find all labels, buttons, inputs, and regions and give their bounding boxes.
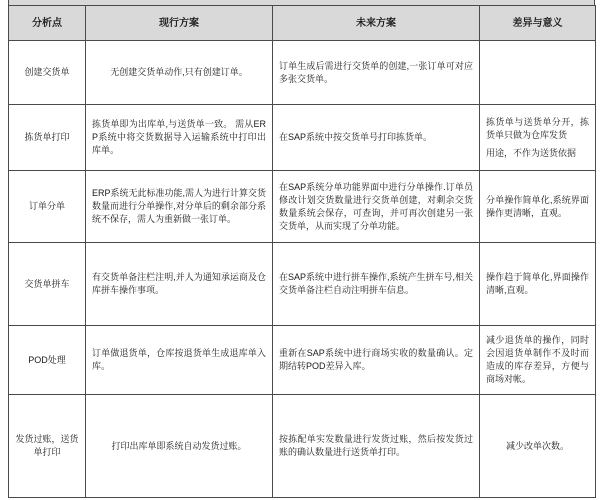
table-cell: 打印出库单即系统自动发货过账。 bbox=[86, 395, 273, 498]
table-row: 发货过账，送货单打印打印出库单即系统自动发货过账。按拣配单实发数量进行发货过账，… bbox=[9, 395, 596, 498]
cell-paragraph: 订单做退货单，仓库按退货单生成退库单入库。 bbox=[92, 347, 266, 373]
table-cell: 拣货单与送货单分开，拣货单只做为仓库发货用途，不作为送货依据 bbox=[480, 105, 596, 171]
cell-paragraph: 在SAP系统中按交货单号打印拣货单。 bbox=[279, 131, 473, 144]
cell-paragraph: 无创建交货单动作,只有创建订单。 bbox=[92, 66, 266, 79]
analysis-point-cell: 拣货单打印 bbox=[9, 105, 86, 171]
cell-paragraph: 打印出库单即系统自动发货过账。 bbox=[92, 440, 266, 453]
table-cell: ERP系统无此标准功能,需人为进行计算交货数量而进行分单操作,对分单后的剩余部分… bbox=[86, 171, 273, 243]
cell-paragraph: 用途，不作为送货依据 bbox=[486, 147, 589, 160]
table-row: 创建交货单无创建交货单动作,只有创建订单。订单生成后需进行交货单的创建,一张订单… bbox=[9, 41, 596, 105]
cell-paragraph: 分单操作简单化,系统界面操作更清晰，直观。 bbox=[486, 194, 589, 220]
table-cell: 分单操作简单化,系统界面操作更清晰，直观。 bbox=[480, 171, 596, 243]
table-row: 拣货单打印拣货单即为出库单,与送货单一致。 需从ERP系统中将交货数据导入运输系… bbox=[9, 105, 596, 171]
table-cell: 减少改单次数。 bbox=[480, 395, 596, 498]
analysis-table-container: 分析点 现行方案 未来方案 差异与意义 创建交货单无创建交货单动作,只有创建订单… bbox=[8, 0, 595, 498]
header-future-plan: 未来方案 bbox=[273, 6, 480, 41]
cell-paragraph: 按拣配单实发数量进行发货过账，然后按发货过账的确认数量进行送货单打印。 bbox=[279, 433, 473, 459]
table-header-row: 分析点 现行方案 未来方案 差异与意义 bbox=[9, 6, 596, 41]
cell-paragraph: 拣货单打印 bbox=[15, 131, 79, 144]
analysis-point-cell: 交货单拼车 bbox=[9, 243, 86, 326]
table-cell: 订单生成后需进行交货单的创建,一张订单可对应多张交货单。 bbox=[273, 41, 480, 105]
header-current-plan: 现行方案 bbox=[86, 6, 273, 41]
cell-paragraph: 拣货单与送货单分开，拣货单只做为仓库发货 bbox=[486, 116, 589, 142]
analysis-point-cell: 订单分单 bbox=[9, 171, 86, 243]
cell-paragraph: POD处理 bbox=[15, 354, 79, 367]
analysis-point-cell: POD处理 bbox=[9, 326, 86, 395]
table-body: 创建交货单无创建交货单动作,只有创建订单。订单生成后需进行交货单的创建,一张订单… bbox=[9, 41, 596, 498]
table-cell: 无创建交货单动作,只有创建订单。 bbox=[86, 41, 273, 105]
cell-paragraph: 订单生成后需进行交货单的创建,一张订单可对应多张交货单。 bbox=[279, 60, 473, 86]
table-cell: 按拣配单实发数量进行发货过账，然后按发货过账的确认数量进行送货单打印。 bbox=[273, 395, 480, 498]
cell-paragraph: 重新在SAP系统中进行商场实收的数量确认。定期结转POD差异入库。 bbox=[279, 347, 473, 373]
table-row: POD处理订单做退货单，仓库按退货单生成退库单入库。重新在SAP系统中进行商场实… bbox=[9, 326, 596, 395]
table-cell: 在SAP系统中进行拼车操作,系统产生拼车号,相关交货单备注栏自动注明拼车信息。 bbox=[273, 243, 480, 326]
cell-paragraph: 拣货单即为出库单,与送货单一致。 需从ERP系统中将交货数据导入运输系统中打印出… bbox=[92, 118, 266, 157]
header-difference-significance: 差异与意义 bbox=[480, 6, 596, 41]
cell-paragraph: 发货过账，送货单打印 bbox=[15, 433, 79, 459]
table-cell bbox=[480, 41, 596, 105]
table-cell: 重新在SAP系统中进行商场实收的数量确认。定期结转POD差异入库。 bbox=[273, 326, 480, 395]
table-cell: 在SAP系统中按交货单号打印拣货单。 bbox=[273, 105, 480, 171]
analysis-point-cell: 发货过账，送货单打印 bbox=[9, 395, 86, 498]
table-cell: 在SAP系统分单功能界面中进行分单操作.订单员修改计划交货数量进行交货单创建，对… bbox=[273, 171, 480, 243]
cell-paragraph: 在SAP系统分单功能界面中进行分单操作.订单员修改计划交货数量进行交货单创建，对… bbox=[279, 181, 473, 233]
analysis-point-cell: 创建交货单 bbox=[9, 41, 86, 105]
cell-paragraph: 在SAP系统中进行拼车操作,系统产生拼车号,相关交货单备注栏自动注明拼车信息。 bbox=[279, 271, 473, 297]
table-row: 交货单拼车有交货单备注栏注明,并人为通知承运商及仓库拼车操作事项。在SAP系统中… bbox=[9, 243, 596, 326]
table-cell: 减少退货单的操作，同时会因退货单制作不及时而造成的库存差异，方便与商场对帐。 bbox=[480, 326, 596, 395]
analysis-comparison-table: 分析点 现行方案 未来方案 差异与意义 创建交货单无创建交货单动作,只有创建订单… bbox=[8, 5, 596, 498]
cell-paragraph: ERP系统无此标准功能,需人为进行计算交货数量而进行分单操作,对分单后的剩余部分… bbox=[92, 187, 266, 226]
table-cell: 拣货单即为出库单,与送货单一致。 需从ERP系统中将交货数据导入运输系统中打印出… bbox=[86, 105, 273, 171]
cell-paragraph: 减少改单次数。 bbox=[486, 440, 589, 453]
cell-paragraph: 交货单拼车 bbox=[15, 278, 79, 291]
table-cell: 订单做退货单，仓库按退货单生成退库单入库。 bbox=[86, 326, 273, 395]
header-analysis-point: 分析点 bbox=[9, 6, 86, 41]
cell-paragraph: 有交货单备注栏注明,并人为通知承运商及仓库拼车操作事项。 bbox=[92, 271, 266, 297]
table-row: 订单分单ERP系统无此标准功能,需人为进行计算交货数量而进行分单操作,对分单后的… bbox=[9, 171, 596, 243]
cell-paragraph: 减少退货单的操作，同时会因退货单制作不及时而造成的库存差异，方便与商场对帐。 bbox=[486, 334, 589, 386]
table-cell: 操作趋于简单化,界面操作清晰,直观。 bbox=[480, 243, 596, 326]
cell-paragraph: 创建交货单 bbox=[15, 66, 79, 79]
cell-paragraph: 操作趋于简单化,界面操作清晰,直观。 bbox=[486, 271, 589, 297]
cell-paragraph: 订单分单 bbox=[15, 200, 79, 213]
table-cell: 有交货单备注栏注明,并人为通知承运商及仓库拼车操作事项。 bbox=[86, 243, 273, 326]
